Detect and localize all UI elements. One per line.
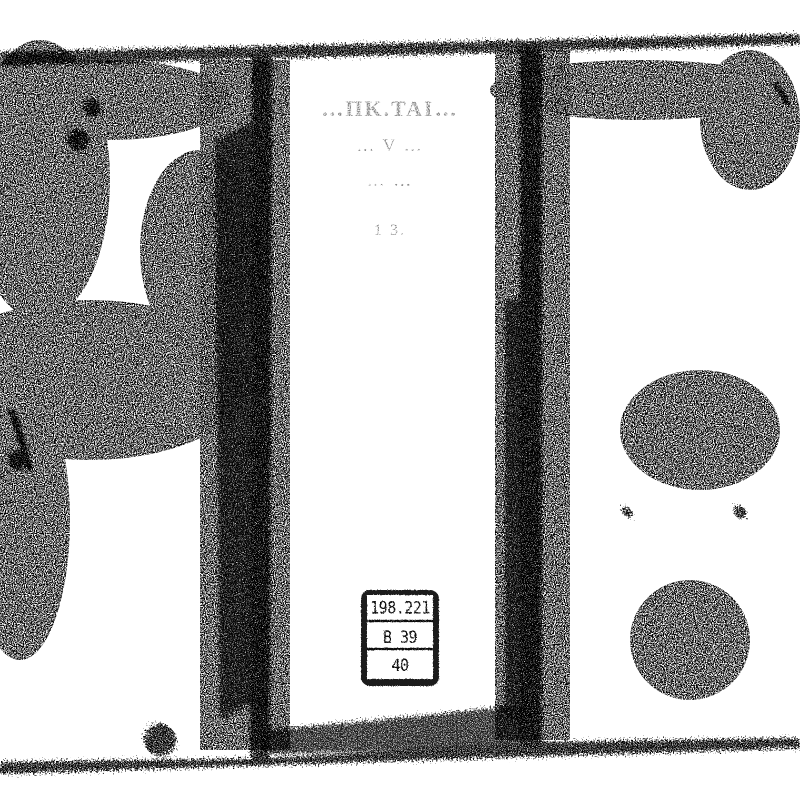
- shelf-label-card: 198.221 B 39 40: [367, 595, 433, 679]
- spine-volume-number: 1 3.: [285, 222, 495, 240]
- spine-title-line-3: … …: [285, 170, 495, 191]
- shelf-label: 198.221 B 39 40: [361, 590, 439, 686]
- spine-title-line-2: … V …: [285, 135, 495, 156]
- shelf-label-volume-number: 40: [367, 648, 433, 681]
- spine-title-line-1: …ПK.TAI…: [285, 96, 495, 122]
